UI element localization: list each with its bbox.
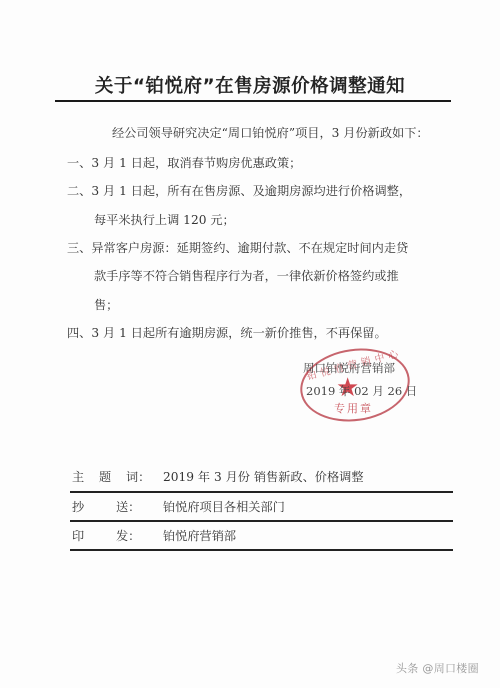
footer-subject-row: 主题词： 2019 年 3 月份 销售新政、价格调整 — [72, 468, 452, 492]
title-divider — [55, 100, 451, 102]
print-value: 铂悦府营销部 — [163, 527, 236, 544]
footer-divider-1 — [70, 491, 453, 493]
document-page: 关于“铂悦府”在售房源价格调整通知 经公司领导研究决定“周口铂悦府”项目，3 月… — [0, 0, 500, 688]
footer-cc-row: 抄送： 铂悦府项目各相关部门 — [72, 498, 452, 522]
signature-department: 周口铂悦府营销部 — [303, 360, 395, 376]
intro-paragraph: 经公司领导研究决定“周口铂悦府”项目，3 月份新政如下： — [112, 124, 429, 141]
print-label-char-1: 印 — [72, 527, 116, 544]
print-label-char-2: 发： — [116, 527, 140, 544]
policy-item-4: 四、3 月 1 日起所有逾期房源，统一新价推售，不再保留。 — [67, 324, 387, 341]
policy-item-3-line-2: 款手序等不符合销售程序行为者，一律依新价格签约或推 — [94, 267, 399, 284]
print-label: 印发： — [72, 527, 140, 544]
signature-date: 2019 年 02 月 26 日 — [306, 383, 417, 399]
subject-label-char-1: 主 — [72, 468, 99, 485]
cc-label-char-2: 送： — [116, 498, 140, 515]
cc-value: 铂悦府项目各相关部门 — [163, 498, 285, 515]
cc-label-char-1: 抄 — [72, 498, 116, 515]
source-watermark: 头条 @周口楼圈 — [396, 660, 479, 676]
document-title: 关于“铂悦府”在售房源价格调整通知 — [0, 72, 500, 98]
subject-label-char-2: 题 — [99, 468, 126, 485]
cc-label: 抄送： — [72, 498, 140, 515]
policy-item-3-line-3: 售； — [94, 296, 118, 313]
policy-item-3-line-1: 三、异常客户房源：延期签约、逾期付款、不在规定时间内走贷 — [67, 239, 408, 256]
policy-item-2-line-2: 每平米执行上调 120 元； — [94, 211, 235, 228]
subject-label-char-3: 词： — [126, 468, 150, 485]
footer-print-row: 印发： 铂悦府营销部 — [72, 527, 452, 551]
footer-divider-2 — [70, 520, 453, 522]
footer-divider-3 — [70, 549, 453, 551]
stamp-center-text: 专用章 — [334, 400, 373, 416]
policy-item-1: 一、3 月 1 日起，取消春节购房优惠政策； — [67, 154, 301, 171]
subject-label: 主题词： — [72, 468, 150, 485]
subject-value: 2019 年 3 月份 销售新政、价格调整 — [163, 468, 364, 485]
policy-item-2-line-1: 二、3 月 1 日起，所有在售房源、及逾期房源均进行价格调整， — [67, 182, 411, 199]
